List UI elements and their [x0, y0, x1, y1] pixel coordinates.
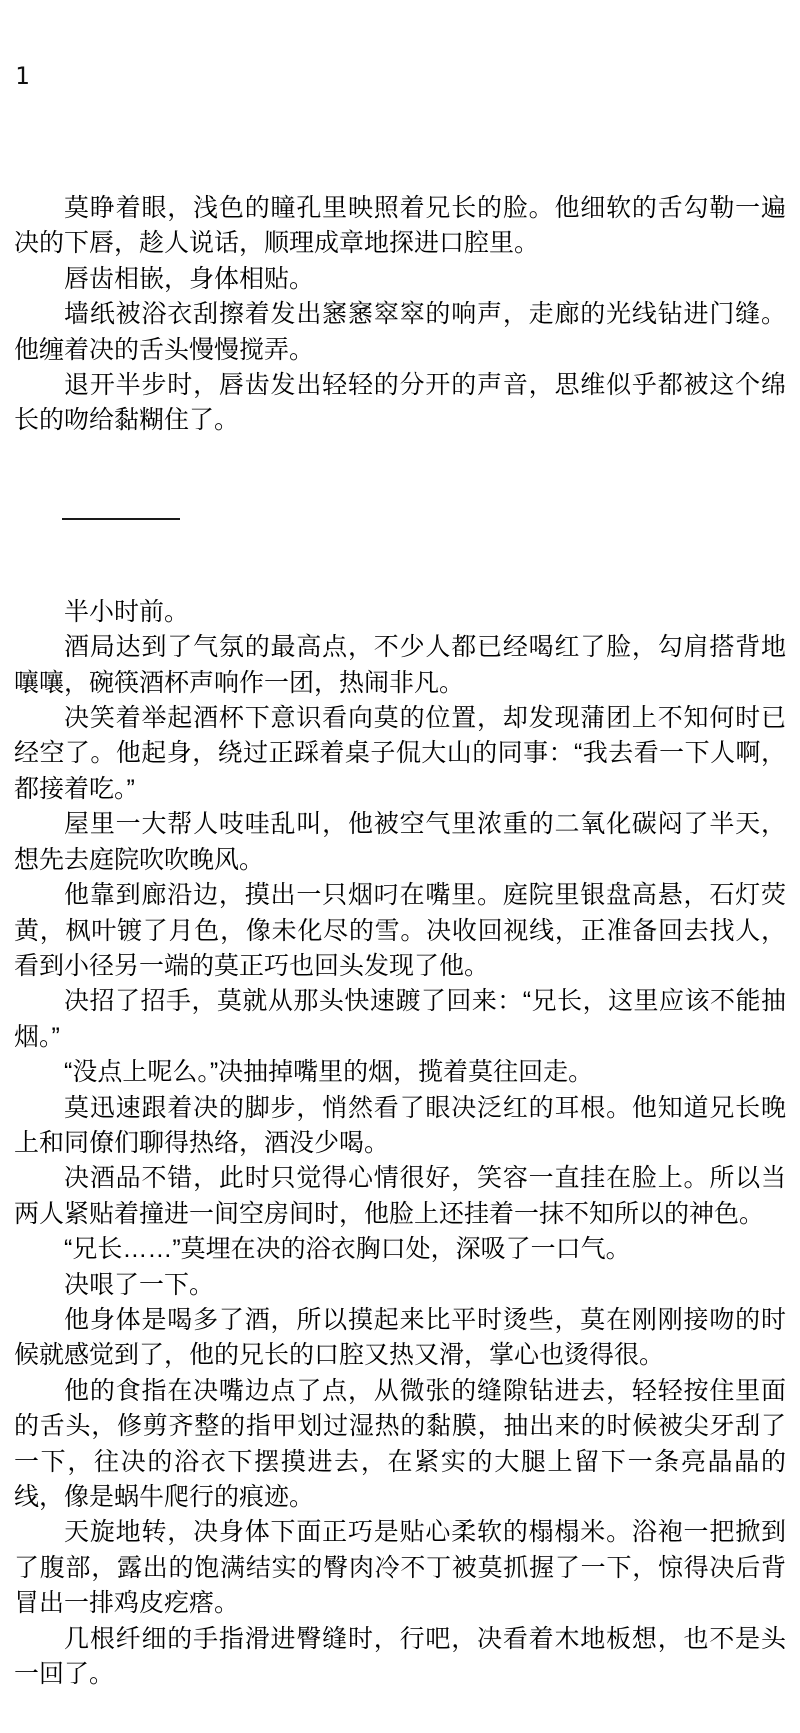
story-text: 莫睁着眼，浅色的瞳孔里映照着兄长的脸。他细软的舌勾勒一遍决的下唇，趁人说话，顺理…	[0, 0, 800, 1692]
paragraph: “兄长……”莫埋在决的浴衣胸口处，深吸了一口气。	[14, 1232, 786, 1267]
scene-divider	[62, 518, 180, 520]
paragraph: 天旋地转，决身体下面正巧是贴心柔软的榻榻米。浴袍一把掀到了腹部，露出的饱满结实的…	[14, 1515, 786, 1621]
paragraph: 莫睁着眼，浅色的瞳孔里映照着兄长的脸。他细软的舌勾勒一遍决的下唇，趁人说话，顺理…	[14, 191, 786, 262]
paragraph: “没点上呢么。”决抽掉嘴里的烟，揽着莫往回走。	[14, 1055, 786, 1090]
paragraph: 几根纤细的手指滑进臀缝时，行吧，决看着木地板想，也不是头一回了。	[14, 1622, 786, 1693]
paragraph: 莫迅速跟着决的脚步，悄然看了眼决泛红的耳根。他知道兄长晚上和同僚们聊得热络，酒没…	[14, 1091, 786, 1162]
paragraph: 决酒品不错，此时只觉得心情很好，笑容一直挂在脸上。所以当两人紧贴着撞进一间空房间…	[14, 1161, 786, 1232]
paragraph: 决哏了一下。	[14, 1268, 786, 1303]
paragraph: 决笑着举起酒杯下意识看向莫的位置，却发现蒲团上不知何时已经空了。他起身，绕过正踩…	[14, 701, 786, 807]
paragraph: 屋里一大帮人吱哇乱叫，他被空气里浓重的二氧化碳闷了半天，想先去庭院吹吹晚风。	[14, 807, 786, 878]
paragraph: 他靠到廊沿边，摸出一只烟叼在嘴里。庭院里银盘高悬，石灯荧黄，枫叶镀了月色，像未化…	[14, 878, 786, 984]
paragraph: 半小时前。	[14, 595, 786, 630]
novel-page: { "page_number": "1", "story": { "part1"…	[0, 0, 800, 1733]
paragraph: 决招了招手，莫就从那头快速踱了回来：“兄长，这里应该不能抽烟。”	[14, 984, 786, 1055]
paragraph: 墙纸被浴衣刮擦着发出窸窸窣窣的响声，走廊的光线钻进门缝。他缠着决的舌头慢慢搅弄。	[14, 297, 786, 368]
paragraph: 酒局达到了气氛的最高点，不少人都已经喝红了脸，勾肩搭背地嚷嚷，碗筷酒杯声响作一团…	[14, 630, 786, 701]
paragraph: 他的食指在决嘴边点了点，从微张的缝隙钻进去，轻轻按住里面的舌头，修剪齐整的指甲划…	[14, 1374, 786, 1516]
paragraph: 退开半步时，唇齿发出轻轻的分开的声音，思维似乎都被这个绵长的吻给黏糊住了。	[14, 368, 786, 439]
paragraph: 他身体是喝多了酒，所以摸起来比平时烫些，莫在刚刚接吻的时候就感觉到了，他的兄长的…	[14, 1303, 786, 1374]
paragraph: 唇齿相嵌，身体相贴。	[14, 262, 786, 297]
